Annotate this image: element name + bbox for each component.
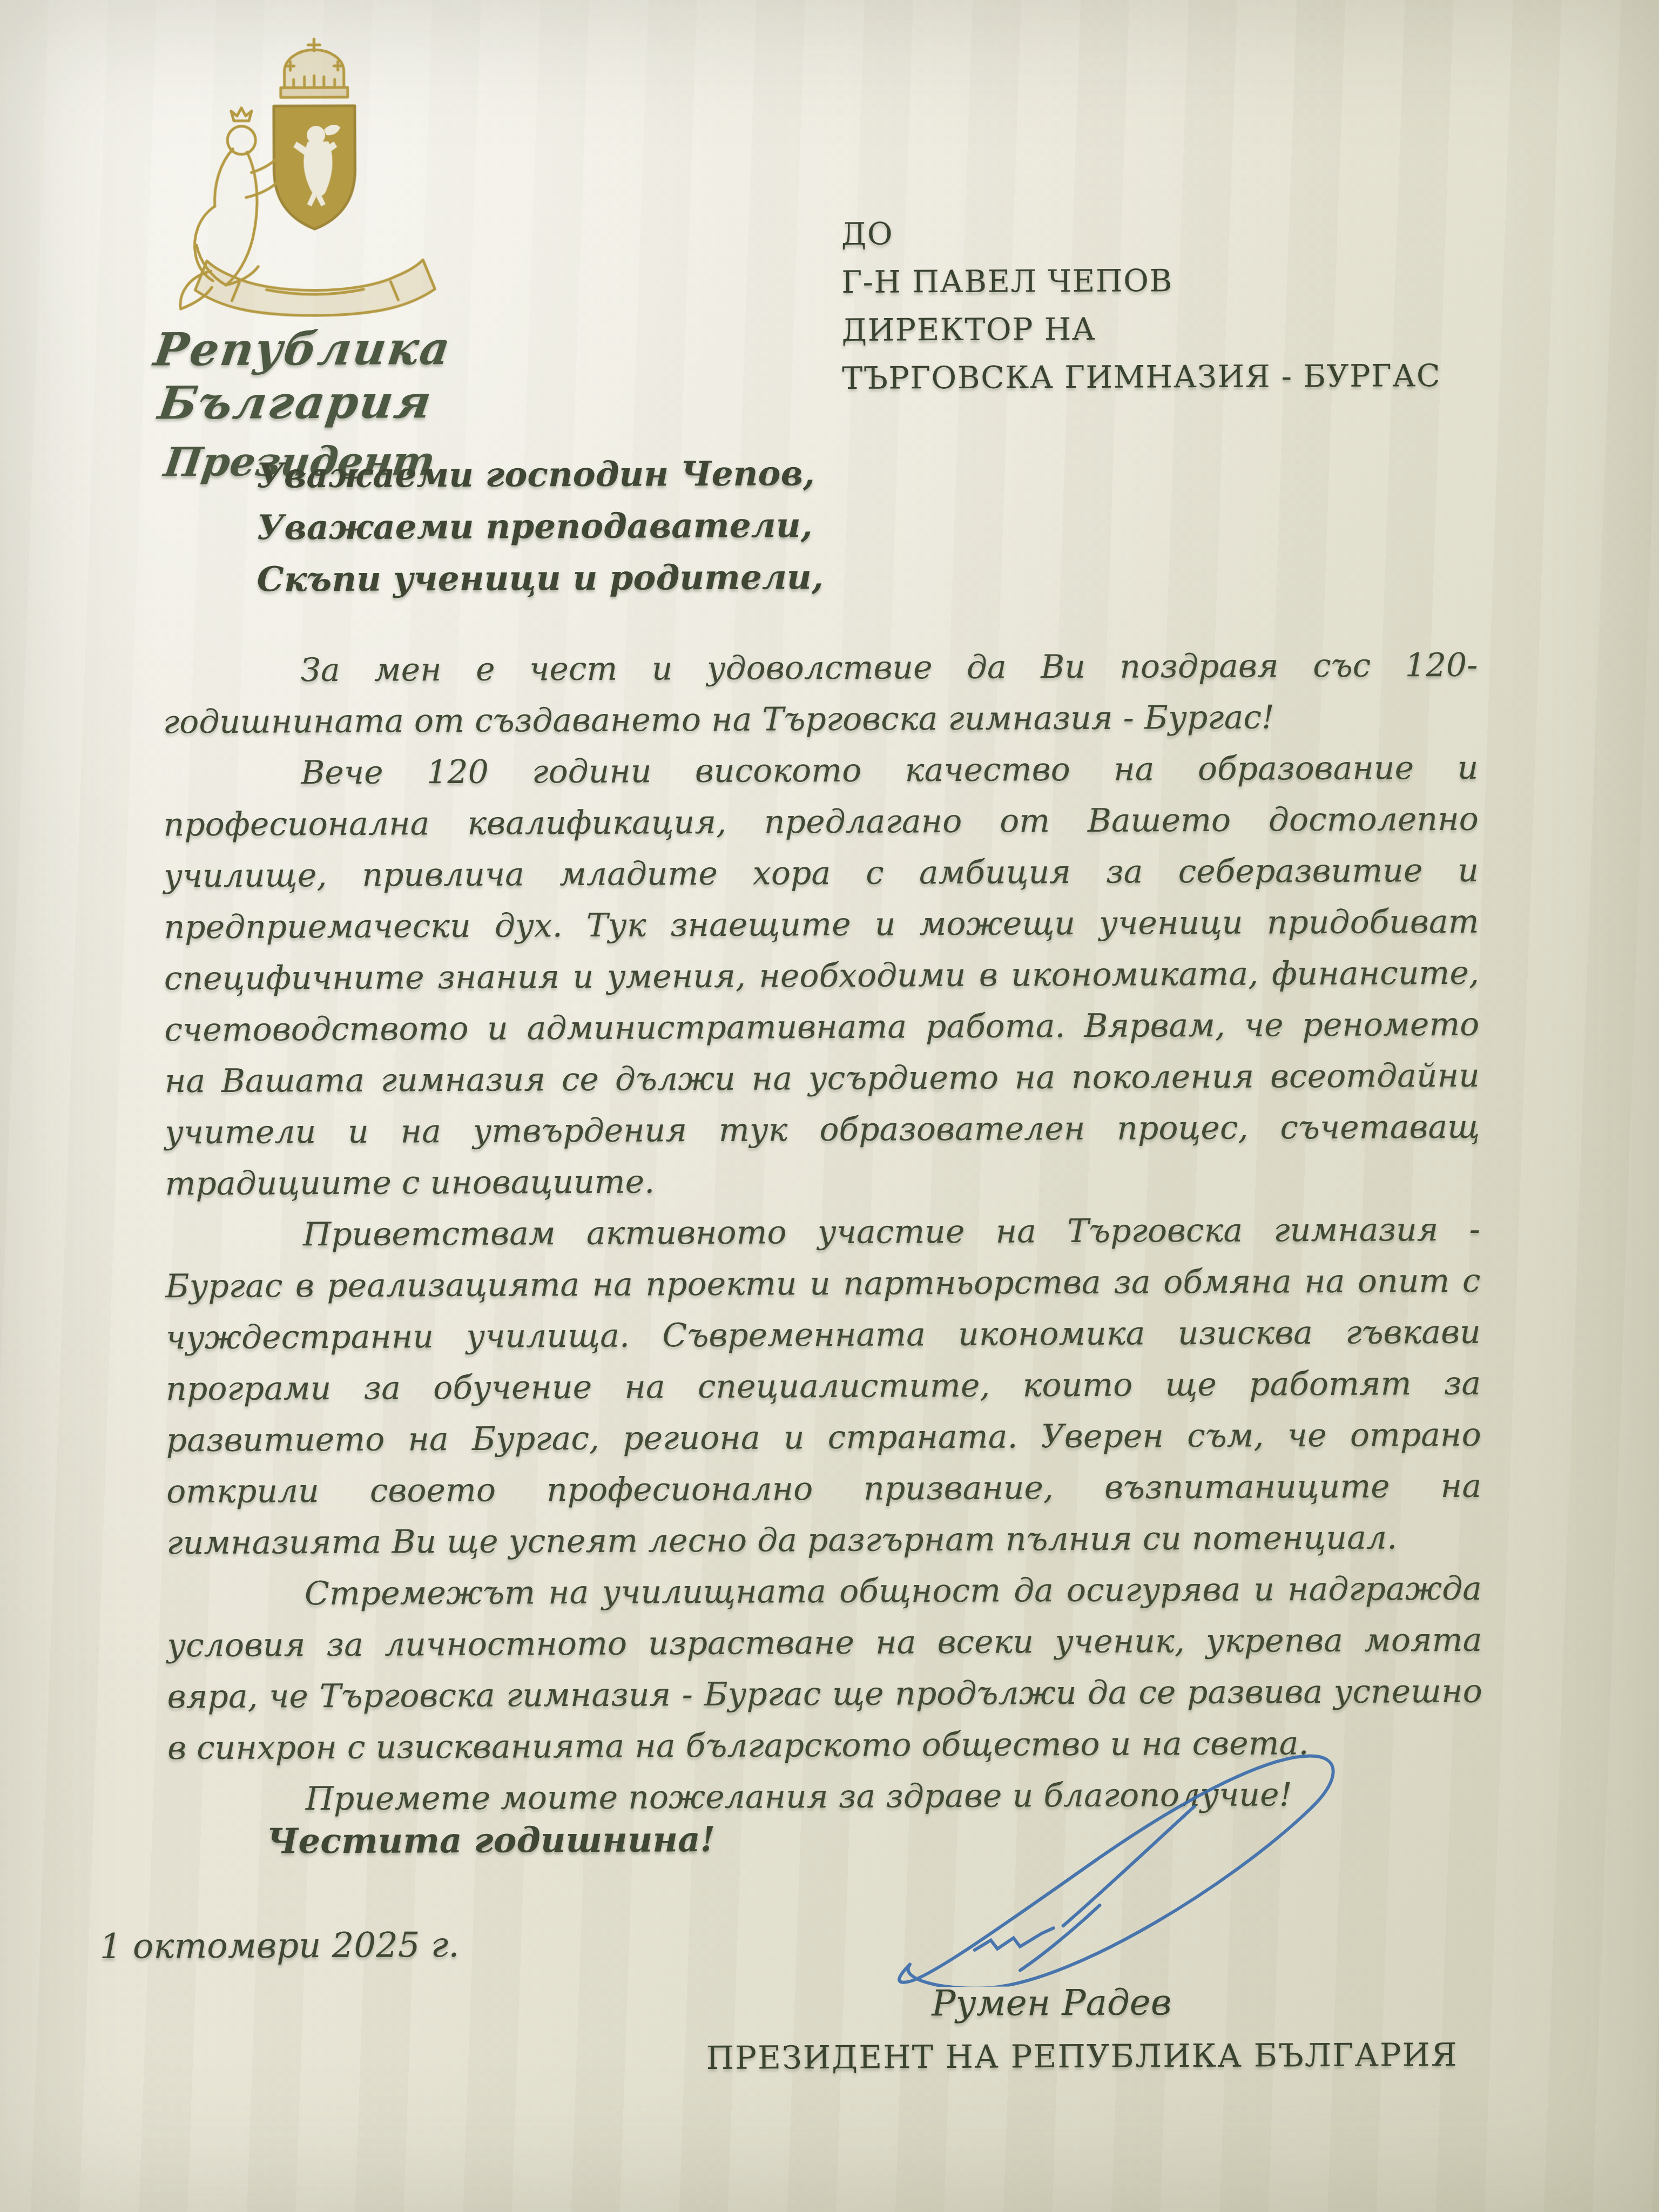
congratulation-line: Честита годишнина! bbox=[267, 1819, 716, 1862]
letter-body: За мен е чест и удоволствие да Ви поздра… bbox=[163, 640, 1483, 1826]
body-paragraph: За мен е чест и удоволствие да Ви поздра… bbox=[163, 640, 1478, 748]
signer-name: Румен Радев bbox=[706, 1980, 1397, 2025]
body-paragraph: Вече 120 години високото качество на обр… bbox=[163, 743, 1480, 1210]
signer-title: ПРЕЗИДЕНТ НА РЕПУБЛИКА БЪЛГАРИЯ bbox=[706, 2036, 1398, 2076]
letterhead-country: Република България bbox=[38, 321, 561, 430]
salutation-block: Уважаеми господин Чепов, Уважаеми препод… bbox=[257, 447, 824, 605]
addressee-line-name: Г-Н ПАВЕЛ ЧЕПОВ bbox=[841, 256, 1440, 307]
signer-block: Румен Радев ПРЕЗИДЕНТ НА РЕПУБЛИКА БЪЛГА… bbox=[706, 1980, 1398, 2076]
addressee-line-role: ДИРЕКТОР НА bbox=[842, 304, 1441, 355]
addressee-line-school: ТЪРГОВСКА ГИМНАЗИЯ - БУРГАС bbox=[842, 352, 1441, 403]
salutation-line: Скъпи ученици и родители, bbox=[257, 551, 824, 605]
addressee-line-to: ДО bbox=[841, 208, 1440, 259]
date-line: 1 октомври 2025 г. bbox=[100, 1925, 460, 1967]
signature-ink-icon bbox=[845, 1742, 1408, 1987]
body-paragraph: Приветствам активното участие на Търговс… bbox=[165, 1204, 1482, 1569]
bulgarian-coat-of-arms-icon bbox=[152, 23, 477, 327]
addressee-block: ДО Г-Н ПАВЕЛ ЧЕПОВ ДИРЕКТОР НА ТЪРГОВСКА… bbox=[841, 208, 1441, 403]
salutation-line: Уважаеми преподаватели, bbox=[257, 499, 823, 554]
letter-photo: Република България Президент ДО Г-Н ПАВЕ… bbox=[0, 0, 1659, 2212]
salutation-line: Уважаеми господин Чепов, bbox=[257, 447, 823, 502]
